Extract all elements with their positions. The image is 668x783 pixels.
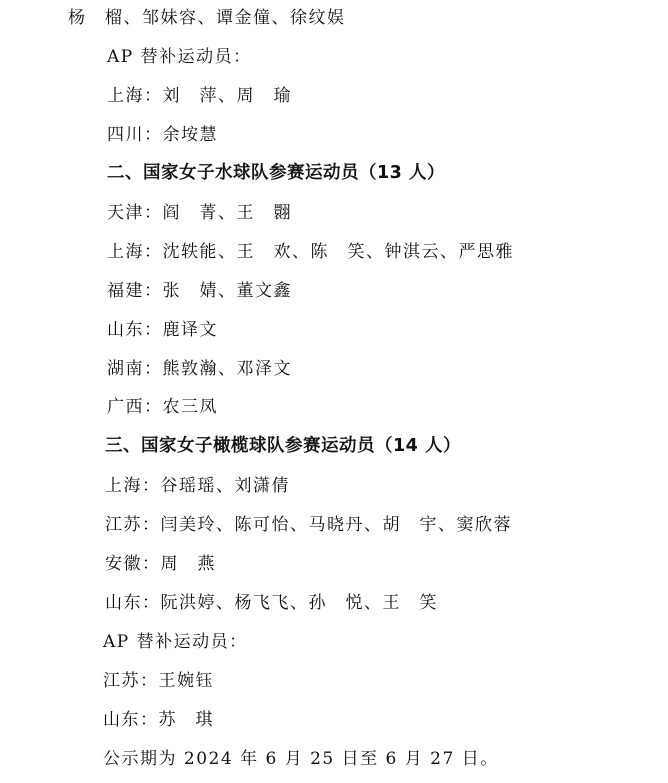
rugby-jiangsu: 江苏：闫美玲、陈可怡、马晓丹、胡 宇、窦欣蓉 <box>105 514 512 536</box>
reserve-sichuan: 四川：余垵慧 <box>107 124 218 146</box>
wp-shandong: 山东：鹿译文 <box>107 319 218 341</box>
reserve-jiangsu: 江苏：王婉钰 <box>103 670 214 692</box>
wp-hunan: 湖南：熊敦瀚、邓泽文 <box>107 358 292 380</box>
section-heading-rugby: 三、国家女子橄榄球队参赛运动员（14 人） <box>105 435 461 457</box>
wp-tianjin: 天津：阎 菁、王 翾 <box>107 202 292 224</box>
reserve-label-1: AP 替补运动员： <box>107 46 252 68</box>
reserve-shanghai: 上海：刘 萍、周 瑜 <box>107 85 292 107</box>
section-heading-water-polo: 二、国家女子水球队参赛运动员（13 人） <box>107 162 445 184</box>
rugby-shanghai: 上海：谷瑶瑶、刘潇倩 <box>105 475 290 497</box>
wp-shanghai: 上海：沈轶能、王 欢、陈 笑、钟淇云、严思雅 <box>107 241 514 263</box>
reserve-label-2: AP 替补运动员： <box>103 631 248 653</box>
reserve-shandong: 山东：苏 琪 <box>103 709 214 731</box>
wp-guangxi: 广西：农三凤 <box>107 396 218 418</box>
rugby-shandong: 山东：阮洪婷、杨飞飞、孙 悦、王 笑 <box>105 592 438 614</box>
water-polo-names-continued: 杨 榴、邹妹容、谭金僮、徐纹娱 <box>68 7 346 29</box>
wp-fujian: 福建：张 婧、董文鑫 <box>107 280 292 302</box>
public-notice-period: 公示期为 2024 年 6 月 25 日至 6 月 27 日。 <box>103 748 499 770</box>
rugby-anhui: 安徽：周 燕 <box>105 553 216 575</box>
